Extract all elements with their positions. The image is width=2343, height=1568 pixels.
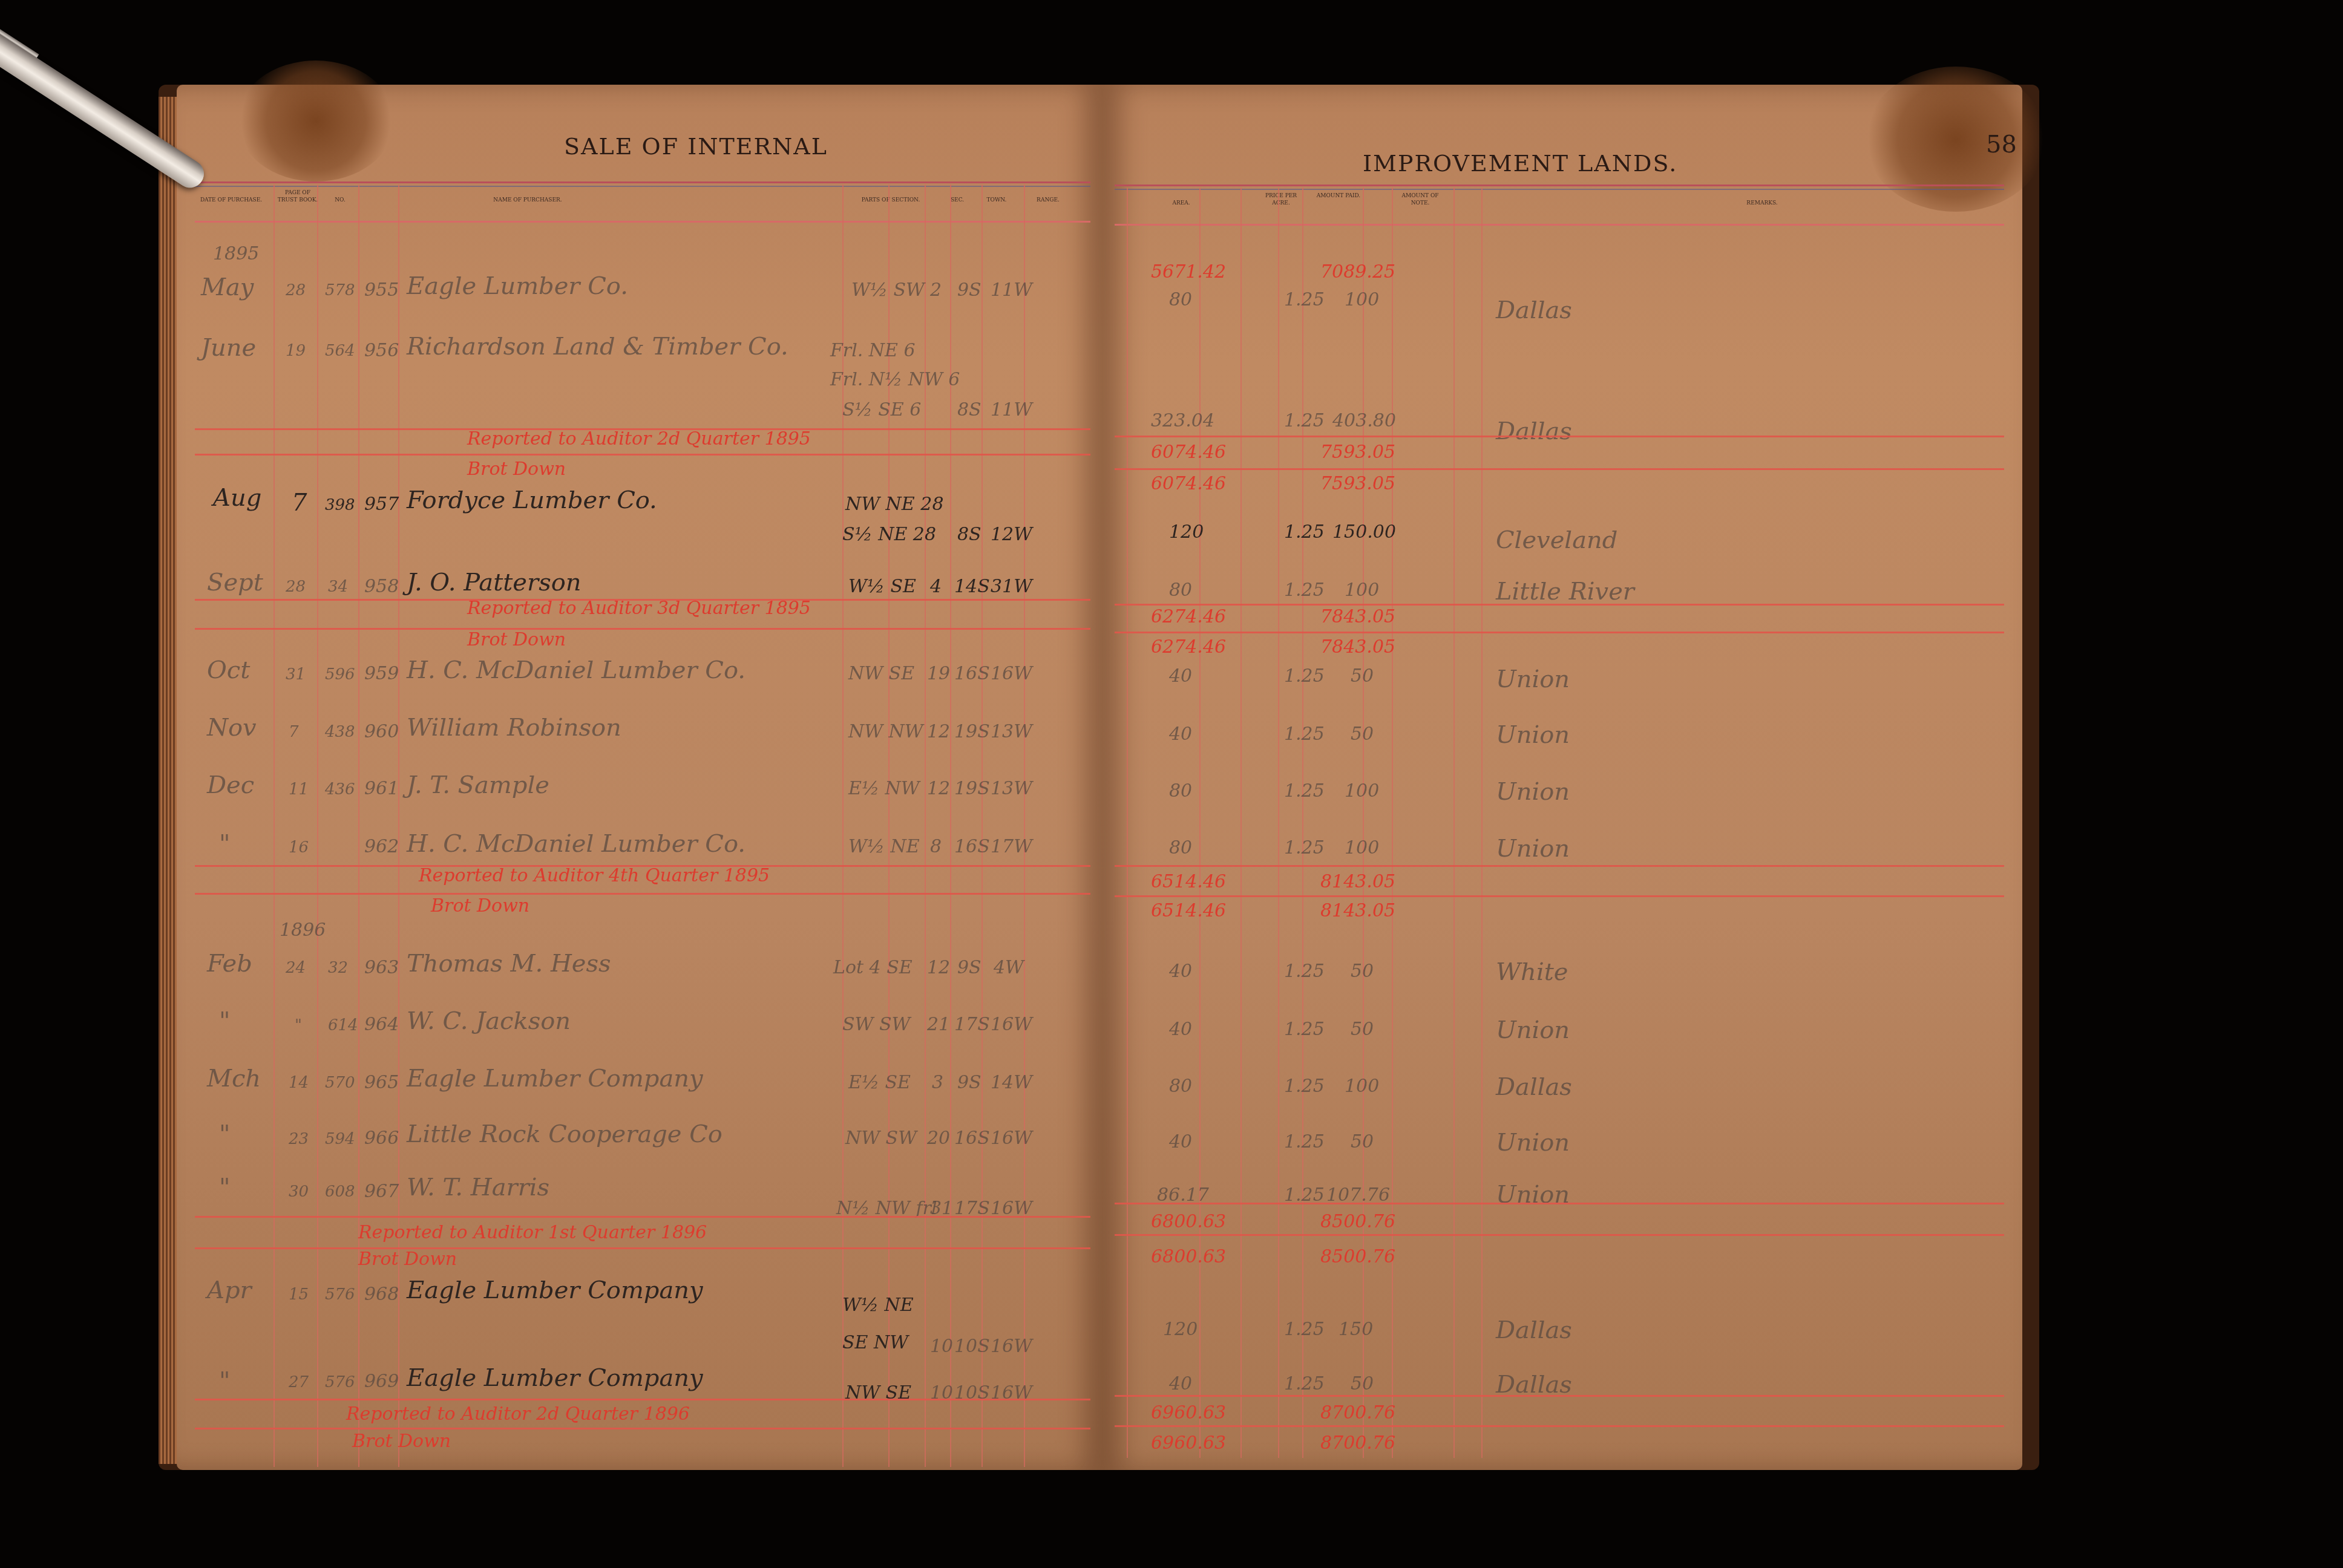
entry-month: Sept xyxy=(207,569,263,596)
entry-parts: Lot 4 SE xyxy=(833,957,913,978)
entry-sec: 21 xyxy=(927,1014,950,1035)
entry-sec: 12 xyxy=(927,721,950,742)
right-page: IMPROVEMENT LANDS. 58 Area. Price Per Ac… xyxy=(1103,85,2022,1470)
entry-range: 16W xyxy=(991,1128,1032,1149)
entry-page: 398 xyxy=(325,496,355,514)
entry-price: 1.25 xyxy=(1284,780,1325,802)
entry-price: 1.25 xyxy=(1284,1373,1325,1394)
entry-day: 19 xyxy=(286,342,306,360)
entry-month: Nov xyxy=(207,714,257,742)
entry-parts: NW SE xyxy=(848,663,914,684)
entry-month: Aug xyxy=(213,484,261,512)
col-header-date: Date of Purchase. xyxy=(195,197,267,204)
red-rule xyxy=(195,628,1090,630)
rule xyxy=(358,185,359,1467)
report-note: Reported to Auditor 2d Quarter 1895 xyxy=(467,428,811,449)
entry-page: 438 xyxy=(325,723,355,741)
entry-name: Fordyce Lumber Co. xyxy=(407,486,657,514)
entry-page: 564 xyxy=(325,342,355,360)
ledger-book: SALE OF INTERNAL Date of Purchase. Page … xyxy=(159,85,2039,1470)
brought-down: Brot Down xyxy=(358,1249,457,1270)
entry-name: H. C. McDaniel Lumber Co. xyxy=(407,656,745,684)
report-total-amount: 7593.05 xyxy=(1320,442,1395,463)
right-page-title: IMPROVEMENT LANDS. xyxy=(1363,150,1677,177)
entry-page: 34 xyxy=(328,578,348,596)
column-header-band: Date of Purchase. Page of Trust Book. No… xyxy=(195,181,1090,223)
entry-price: 1.25 xyxy=(1284,665,1325,687)
entry-no: 963 xyxy=(364,957,399,978)
entry-price: 1.25 xyxy=(1284,1131,1325,1152)
entry-month: " xyxy=(219,830,230,858)
entry-parts: E½ NW xyxy=(848,778,920,799)
report-note: Reported to Auditor 1st Quarter 1896 xyxy=(358,1222,707,1243)
entry-month: Oct xyxy=(207,656,250,684)
entry-name: Little Rock Cooperage Co xyxy=(407,1120,723,1148)
entry-town: 8S xyxy=(957,399,981,420)
report-total-area: 6960.63 xyxy=(1151,1402,1226,1423)
entry-day: 7 xyxy=(289,723,299,741)
entry-area: 120 xyxy=(1169,521,1204,543)
entry-parts: W½ SE xyxy=(848,576,916,597)
col-header-page: Page of Trust Book. xyxy=(277,189,319,204)
report-note: Reported to Auditor 2d Quarter 1896 xyxy=(346,1403,690,1425)
entry-no: 959 xyxy=(364,663,399,684)
brought-down: Brot Down xyxy=(467,629,566,650)
entry-price: 1.25 xyxy=(1284,724,1325,745)
entry-name: Eagle Lumber Co. xyxy=(407,272,628,300)
entry-sec: 8 xyxy=(930,836,942,857)
rule xyxy=(1240,188,1242,1458)
entry-amount: 50 xyxy=(1351,961,1374,982)
entry-month: Mch xyxy=(207,1065,261,1093)
entry-no: 969 xyxy=(364,1371,399,1392)
entry-day: 28 xyxy=(286,578,306,596)
col-header-name: Name of Purchaser. xyxy=(407,197,649,204)
entry-sec: 12 xyxy=(927,957,950,978)
entry-day: 14 xyxy=(289,1074,309,1092)
entry-area: 40 xyxy=(1169,1131,1192,1152)
red-rule xyxy=(1115,632,2004,633)
entry-range: 13W xyxy=(991,721,1032,742)
entry-no: 956 xyxy=(364,340,399,361)
entry-area: 323.04 xyxy=(1151,410,1214,431)
entry-town: 14S xyxy=(954,576,990,597)
entry-range: 17W xyxy=(991,836,1032,857)
entry-amount: 100 xyxy=(1345,289,1379,310)
entry-page: 436 xyxy=(325,780,355,799)
rule xyxy=(274,185,275,1467)
entry-amount: 50 xyxy=(1351,665,1374,687)
report-total-area: 6074.46 xyxy=(1151,442,1226,463)
entry-remarks: White xyxy=(1496,958,1568,986)
entry-day: 23 xyxy=(289,1130,309,1148)
entry-day: 31 xyxy=(286,665,306,684)
year-label: 1896 xyxy=(280,920,326,941)
entry-name: Richardson Land & Timber Co. xyxy=(407,333,788,361)
entry-price: 1.25 xyxy=(1284,837,1325,858)
entry-month: " xyxy=(219,1007,230,1035)
entry-sec: 12 xyxy=(927,778,950,799)
entry-remarks: Little River xyxy=(1496,578,1634,606)
report-total-area: 6514.46 xyxy=(1151,871,1226,892)
entry-month: " xyxy=(219,1367,230,1395)
entry-remarks: Union xyxy=(1496,1016,1570,1044)
entry-range: 11W xyxy=(991,279,1032,301)
col-header-remarks: Remarks. xyxy=(1726,200,1798,207)
column-header-band: Area. Price Per Acre. Amount Paid. Amoun… xyxy=(1115,185,2004,226)
entry-parts: E½ SE xyxy=(848,1072,911,1093)
entry-parts: S½ NE 28 xyxy=(842,524,936,545)
entry-range: 12W xyxy=(991,524,1032,545)
entry-day: 30 xyxy=(289,1183,309,1201)
entry-name: William Robinson xyxy=(407,714,621,742)
entry-remarks: Dallas xyxy=(1496,296,1572,324)
rule xyxy=(317,185,318,1467)
rule xyxy=(1024,185,1025,1467)
red-rule xyxy=(195,1428,1090,1429)
entry-parts: S½ SE 6 xyxy=(842,399,921,420)
entry-price: 1.25 xyxy=(1284,289,1325,310)
entry-no: 960 xyxy=(364,721,399,742)
brought-down-area: 6800.63 xyxy=(1151,1246,1226,1267)
report-note: Reported to Auditor 4th Quarter 1895 xyxy=(419,865,770,886)
entry-amount: 100 xyxy=(1345,837,1379,858)
entry-page: 576 xyxy=(325,1285,355,1304)
entry-name: Thomas M. Hess xyxy=(407,950,611,978)
entry-name: J. T. Sample xyxy=(407,771,549,799)
entry-name: H. C. McDaniel Lumber Co. xyxy=(407,830,745,858)
entry-area: 80 xyxy=(1169,289,1192,310)
entry-town: 9S xyxy=(957,1072,981,1093)
brought-down-amount: 8500.76 xyxy=(1320,1246,1395,1267)
entry-town: 16S xyxy=(954,663,990,684)
entry-area: 120 xyxy=(1163,1319,1198,1340)
entry-page: 608 xyxy=(325,1183,355,1201)
entry-no: 965 xyxy=(364,1072,399,1093)
brought-down: Brot Down xyxy=(467,459,566,480)
entry-range: 16W xyxy=(991,1014,1032,1035)
red-rule xyxy=(195,893,1090,895)
red-rule xyxy=(1115,1234,2004,1236)
entry-no: 962 xyxy=(364,836,399,857)
report-total-area: 6800.63 xyxy=(1151,1211,1226,1232)
entry-no: 967 xyxy=(364,1181,399,1202)
entry-parts: W½ SW xyxy=(851,279,925,301)
entry-name: Eagle Lumber Company xyxy=(407,1276,703,1304)
entry-town: 16S xyxy=(954,836,990,857)
col-header-no: No. xyxy=(322,197,358,204)
entry-parts: W½ NE xyxy=(842,1295,914,1316)
entry-name: W. T. Harris xyxy=(407,1174,549,1201)
entry-remarks: Union xyxy=(1496,665,1570,693)
entry-parts: Frl. N½ NW 6 xyxy=(830,369,960,390)
entry-page: 576 xyxy=(325,1373,355,1391)
entry-month: Feb xyxy=(207,950,252,978)
rule xyxy=(1278,188,1279,1458)
entry-range: 16W xyxy=(991,1336,1032,1357)
red-rule xyxy=(1115,436,2004,437)
entry-page: 594 xyxy=(325,1130,355,1148)
entry-day: 27 xyxy=(289,1373,309,1391)
rule xyxy=(1481,188,1483,1458)
entry-page: 570 xyxy=(325,1074,355,1092)
entry-area: 80 xyxy=(1169,580,1192,601)
entry-month: May xyxy=(201,273,254,301)
entry-month: " xyxy=(219,1120,230,1148)
page-number: 58 xyxy=(1986,131,2017,158)
entry-area: 80 xyxy=(1169,780,1192,802)
entry-amount: 150 xyxy=(1339,1319,1373,1340)
entry-range: 31W xyxy=(991,576,1032,597)
entry-page: 614 xyxy=(328,1016,358,1034)
red-rule xyxy=(1115,865,2004,867)
entry-town: 19S xyxy=(954,721,990,742)
entry-price: 1.25 xyxy=(1284,1319,1325,1340)
entry-no: 968 xyxy=(364,1284,399,1305)
entry-town: 16S xyxy=(954,1128,990,1149)
entry-day: 15 xyxy=(289,1285,309,1304)
brought-down-amount: 7593.05 xyxy=(1320,473,1395,494)
entry-sec: 10 xyxy=(930,1336,953,1357)
report-total-area: 6274.46 xyxy=(1151,606,1226,627)
report-total-amount: 8700.76 xyxy=(1320,1402,1395,1423)
entry-sec: 2 xyxy=(930,279,942,301)
entry-amount: 50 xyxy=(1351,1131,1374,1152)
brought-down-amount: 8700.76 xyxy=(1320,1432,1395,1454)
red-rule xyxy=(1115,895,2004,897)
entry-town: 9S xyxy=(957,279,981,301)
report-total-amount: 8500.76 xyxy=(1320,1211,1395,1232)
entry-page: 32 xyxy=(328,959,348,977)
entry-remarks: Cleveland xyxy=(1496,526,1617,554)
entry-price: 1.25 xyxy=(1284,410,1325,431)
entry-town: 8S xyxy=(957,524,981,545)
red-rule xyxy=(1115,604,2004,606)
entry-sec: 20 xyxy=(927,1128,950,1149)
entry-name: Eagle Lumber Company xyxy=(407,1065,703,1093)
water-stain xyxy=(237,60,395,181)
entry-month: Apr xyxy=(207,1276,252,1304)
entry-parts: NW SW xyxy=(845,1128,917,1149)
red-rule xyxy=(1115,1425,2004,1427)
col-header-town: Town. xyxy=(981,197,1012,204)
entry-month: June xyxy=(201,334,256,362)
entry-parts: SW SW xyxy=(842,1014,910,1035)
entry-remarks: Union xyxy=(1496,778,1570,806)
entry-area: 40 xyxy=(1169,1373,1192,1394)
entry-no: 964 xyxy=(364,1014,399,1035)
entry-parts: Frl. NE 6 xyxy=(830,340,916,361)
entry-area: 40 xyxy=(1169,665,1192,687)
entry-day: " xyxy=(295,1016,302,1034)
rule xyxy=(981,185,983,1467)
entry-page: 596 xyxy=(325,665,355,684)
red-rule xyxy=(1115,1203,2004,1204)
brought-down-area: 6514.46 xyxy=(1151,900,1226,921)
entry-remarks: Union xyxy=(1496,1181,1570,1209)
entry-name: J. O. Patterson xyxy=(407,569,582,596)
entry-remarks: Dallas xyxy=(1496,417,1572,445)
entry-remarks: Dallas xyxy=(1496,1073,1572,1101)
entry-parts: W½ NE xyxy=(848,836,920,857)
entry-no: 955 xyxy=(364,279,399,301)
entry-range: 4W xyxy=(994,957,1024,978)
rule xyxy=(1127,188,1128,1458)
brought-down-area: 6074.46 xyxy=(1151,473,1226,494)
entry-price: 1.25 xyxy=(1284,521,1325,543)
entry-range: 11W xyxy=(991,399,1032,420)
entry-area: 80 xyxy=(1169,837,1192,858)
report-note: Reported to Auditor 3d Quarter 1895 xyxy=(467,598,811,619)
col-header-range: Range. xyxy=(1030,197,1066,204)
entry-price: 1.25 xyxy=(1284,1019,1325,1040)
entry-page: 578 xyxy=(325,281,355,299)
entry-sec: 19 xyxy=(927,663,950,684)
entry-area: 80 xyxy=(1169,1076,1192,1097)
col-header-area: Area. xyxy=(1151,200,1211,207)
brought-down-amount: 7843.05 xyxy=(1320,636,1395,658)
entry-day: 7 xyxy=(292,489,307,517)
entry-sec: 4 xyxy=(930,576,942,597)
entry-parts: SE NW xyxy=(842,1332,908,1353)
report-total-amount: 7843.05 xyxy=(1320,606,1395,627)
entry-day: 28 xyxy=(286,281,306,299)
entry-amount: 100 xyxy=(1345,1076,1379,1097)
rule xyxy=(1302,188,1303,1458)
rule xyxy=(1392,188,1393,1458)
left-page: SALE OF INTERNAL Date of Purchase. Page … xyxy=(177,85,1103,1470)
red-rule xyxy=(195,454,1090,456)
entry-day: 24 xyxy=(286,959,306,977)
rule xyxy=(398,185,399,1467)
entry-amount: 100 xyxy=(1345,580,1379,601)
entry-town: 10S xyxy=(954,1336,990,1357)
entry-remarks: Dallas xyxy=(1496,1316,1572,1344)
entry-remarks: Union xyxy=(1496,1129,1570,1157)
entry-area: 40 xyxy=(1169,961,1192,982)
entry-area: 40 xyxy=(1169,724,1192,745)
year-label: 1895 xyxy=(213,243,259,264)
col-header-amount-note: Amount of Note. xyxy=(1393,192,1447,207)
col-header-price: Price Per Acre. xyxy=(1260,192,1302,207)
entry-town: 17S xyxy=(954,1014,990,1035)
entry-range: 14W xyxy=(991,1072,1032,1093)
opening-amount: 7089.25 xyxy=(1320,261,1395,283)
entry-sec: 3 xyxy=(932,1072,943,1093)
col-header-sec: Sec. xyxy=(945,197,969,204)
entry-town: 9S xyxy=(957,957,981,978)
rule xyxy=(1199,188,1201,1458)
col-header-amount-paid: Amount Paid. xyxy=(1314,192,1363,200)
entry-amount: 403.80 xyxy=(1332,410,1396,431)
entry-amount: 50 xyxy=(1351,1373,1374,1394)
entry-day: 16 xyxy=(289,838,309,857)
entry-parts: NW NW xyxy=(848,721,923,742)
opening-area: 5671.42 xyxy=(1151,261,1226,283)
entry-town: 19S xyxy=(954,778,990,799)
left-page-title: SALE OF INTERNAL xyxy=(564,133,828,160)
entry-no: 958 xyxy=(364,576,399,597)
brought-down: Brot Down xyxy=(431,895,529,916)
entry-remarks: Union xyxy=(1496,721,1570,749)
rule xyxy=(1453,188,1455,1458)
entry-area: 40 xyxy=(1169,1019,1192,1040)
brought-down-amount: 8143.05 xyxy=(1320,900,1395,921)
brought-down: Brot Down xyxy=(352,1431,451,1452)
entry-price: 1.25 xyxy=(1284,1076,1325,1097)
entry-price: 1.25 xyxy=(1284,961,1325,982)
entry-amount: 100 xyxy=(1345,780,1379,802)
brought-down-area: 6960.63 xyxy=(1151,1432,1226,1454)
entry-range: 16W xyxy=(991,663,1032,684)
entry-no: 961 xyxy=(364,778,399,799)
entry-price: 1.25 xyxy=(1284,580,1325,601)
entry-month: Dec xyxy=(207,771,254,799)
red-rule xyxy=(195,1247,1090,1249)
entry-day: 11 xyxy=(289,780,309,799)
entry-no: 957 xyxy=(364,494,399,515)
brought-down-area: 6274.46 xyxy=(1151,636,1226,658)
entry-amount: 50 xyxy=(1351,724,1374,745)
entry-name: Eagle Lumber Company xyxy=(407,1364,703,1392)
red-rule xyxy=(1115,468,2004,470)
entry-month: " xyxy=(219,1174,230,1201)
col-header-parts: Parts of Section. xyxy=(848,197,933,204)
entry-name: W. C. Jackson xyxy=(407,1007,571,1035)
red-rule xyxy=(195,1216,1090,1218)
entry-range: 13W xyxy=(991,778,1032,799)
red-rule xyxy=(1115,1395,2004,1397)
report-total-amount: 8143.05 xyxy=(1320,871,1395,892)
rule xyxy=(1363,188,1364,1458)
entry-amount: 150.00 xyxy=(1332,521,1396,543)
red-rule xyxy=(195,1399,1090,1400)
entry-remarks: Union xyxy=(1496,835,1570,863)
entry-parts: NW NE 28 xyxy=(845,494,943,515)
entry-amount: 50 xyxy=(1351,1019,1374,1040)
entry-no: 966 xyxy=(364,1128,399,1149)
